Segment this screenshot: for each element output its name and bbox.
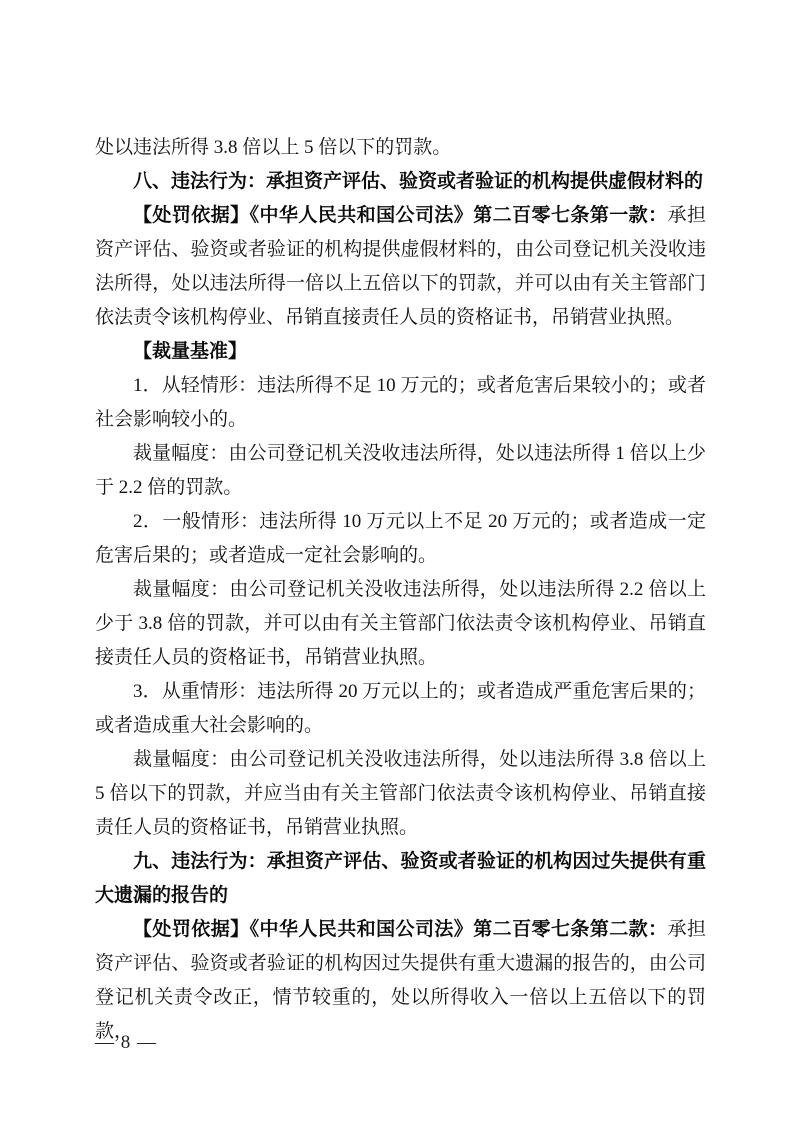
section-8-penalty-basis-paragraph: 【处罚依据】《中华人民共和国公司法》第二百零七条第一款：承担资产评估、验资或者验… bbox=[95, 199, 706, 335]
page-number: — 8 — bbox=[95, 1026, 157, 1060]
section-9-penalty-basis-paragraph: 【处罚依据】《中华人民共和国公司法》第二百零七条第二款：承担资产评估、验资或者验… bbox=[95, 913, 706, 1049]
item-2-general-circumstance: 2．一般情形：违法所得 10 万元以上不足 20 万元的；或者造成一定危害后果的… bbox=[95, 505, 706, 573]
item-3-discretion-range: 裁量幅度：由公司登记机关没收违法所得，处以违法所得 3.8 倍以上 5 倍以下的… bbox=[95, 743, 706, 845]
paragraph-continuation-penalty-range: 处以违法所得 3.8 倍以上 5 倍以下的罚款。 bbox=[95, 131, 706, 165]
item-2-discretion-range: 裁量幅度：由公司登记机关没收违法所得，处以违法所得 2.2 倍以上少于 3.8 … bbox=[95, 573, 706, 675]
penalty-basis-label-article-207-clause-2: 【处罚依据】《中华人民共和国公司法》第二百零七条第二款： bbox=[133, 919, 668, 940]
item-1-discretion-range: 裁量幅度：由公司登记机关没收违法所得，处以违法所得 1 倍以上少于 2.2 倍的… bbox=[95, 437, 706, 505]
item-1-lenient-circumstance: 1．从轻情形：违法所得不足 10 万元的；或者危害后果较小的；或者社会影响较小的… bbox=[95, 369, 706, 437]
section-8-heading-violation: 八、违法行为：承担资产评估、验资或者验证的机构提供虚假材料的 bbox=[95, 165, 706, 199]
section-9-heading-violation: 九、违法行为：承担资产评估、验资或者验证的机构因过失提供有重大遗漏的报告的 bbox=[95, 845, 706, 913]
penalty-basis-label-article-207-clause-1: 【处罚依据】《中华人民共和国公司法》第二百零七条第一款： bbox=[133, 205, 668, 226]
document-body: 处以违法所得 3.8 倍以上 5 倍以下的罚款。 八、违法行为：承担资产评估、验… bbox=[95, 131, 706, 1049]
item-3-severe-circumstance: 3．从重情形：违法所得 20 万元以上的；或者造成严重危害后果的；或者造成重大社… bbox=[95, 675, 706, 743]
discretion-benchmark-heading: 【裁量基准】 bbox=[95, 335, 706, 369]
document-page: 处以违法所得 3.8 倍以上 5 倍以下的罚款。 八、违法行为：承担资产评估、验… bbox=[0, 0, 793, 1122]
